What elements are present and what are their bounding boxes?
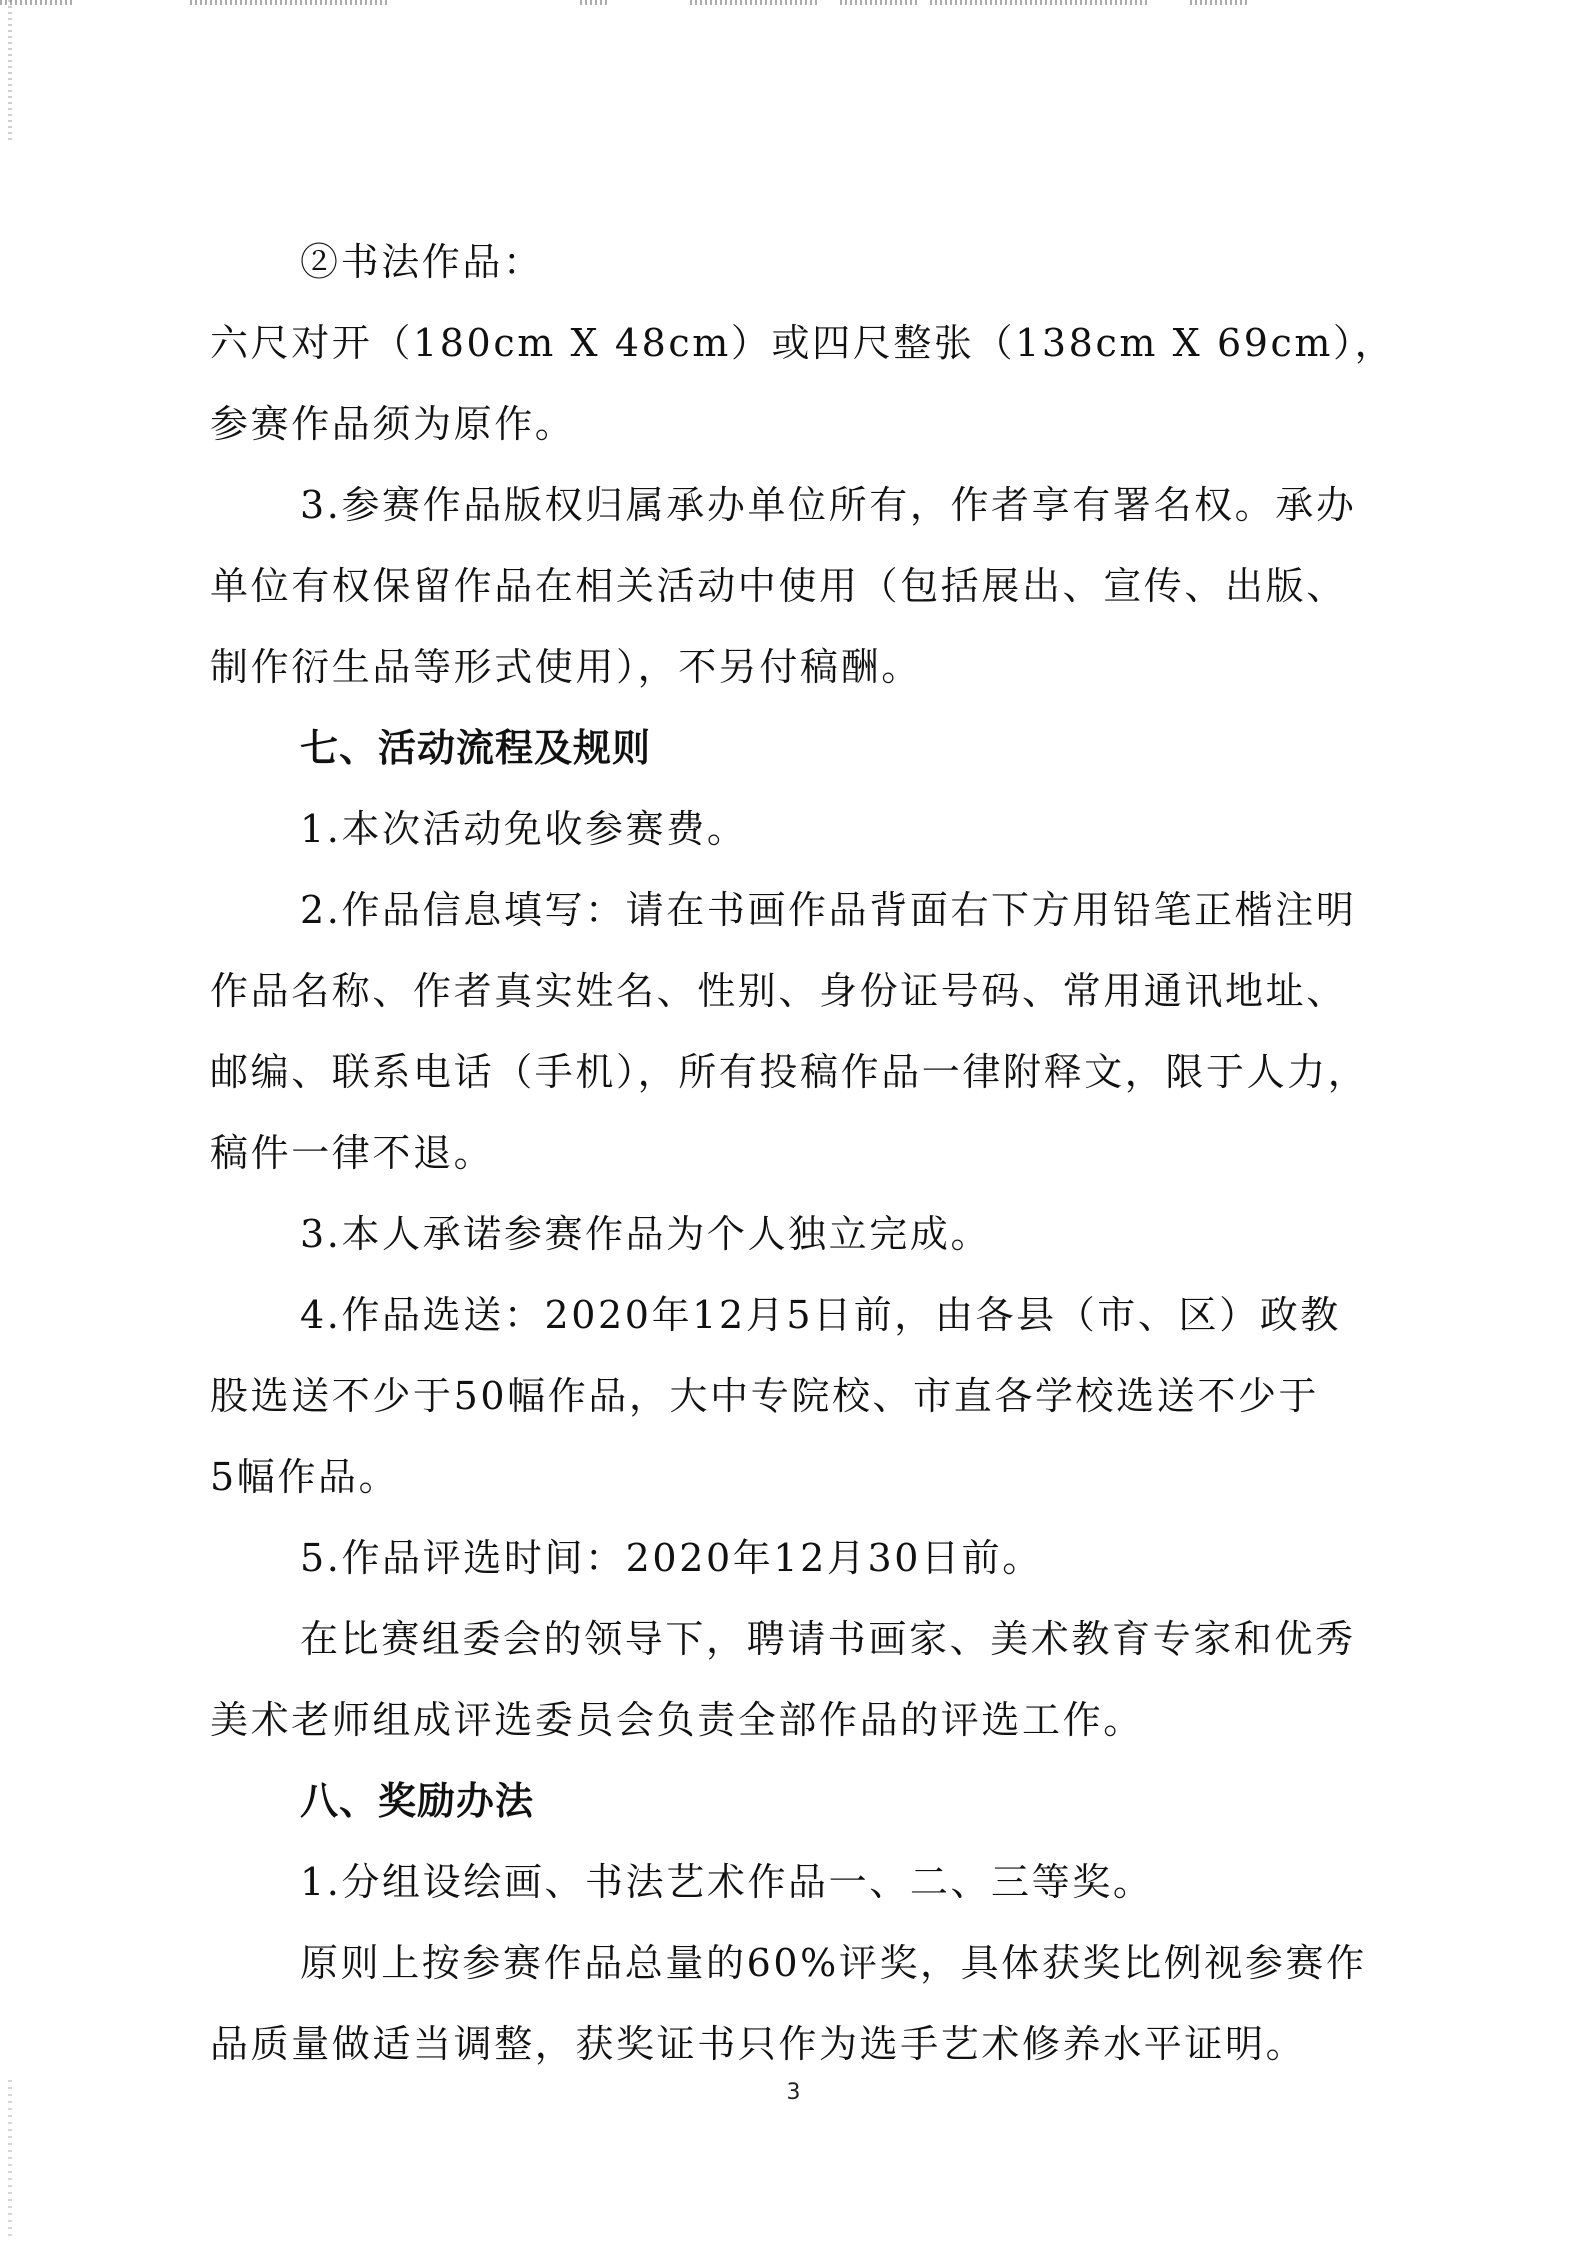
paragraph-award-1: 1.分组设绘画、书法艺术作品一、二、三等奖。	[210, 1842, 1360, 1923]
text-line: 股选送不少于50幅作品，大中专院校、市直各学校选送不少于	[120, 1356, 1360, 1437]
scan-artifact-top	[930, 0, 1150, 5]
paragraph-calligraphy-label: ②书法作品：	[210, 222, 1360, 303]
text-line: 3.本人承诺参赛作品为个人独立完成。	[210, 1194, 1360, 1275]
heading-text: 八、奖励办法	[210, 1761, 1360, 1842]
paragraph-rule-4: 4.作品选送：2020年12月5日前，由各县（市、区）政教 股选送不少于50幅作…	[210, 1275, 1360, 1518]
text-line: 邮编、联系电话（手机），所有投稿作品一律附释文，限于人力，	[120, 1032, 1360, 1113]
text-line: ②书法作品：	[210, 222, 1360, 303]
text-line: 在比赛组委会的领导下，聘请书画家、美术教育专家和优秀	[210, 1599, 1360, 1680]
text-line: 制作衍生品等形式使用），不另付稿酬。	[120, 627, 1360, 708]
scan-artifact-top	[840, 0, 920, 5]
paragraph-copyright: 3.参赛作品版权归属承办单位所有，作者享有署名权。承办 单位有权保留作品在相关活…	[210, 465, 1360, 708]
paragraph-judging-committee: 在比赛组委会的领导下，聘请书画家、美术教育专家和优秀 美术老师组成评选委员会负责…	[210, 1599, 1360, 1761]
scan-artifact-top	[580, 0, 610, 5]
text-line: 1.分组设绘画、书法艺术作品一、二、三等奖。	[210, 1842, 1360, 1923]
paragraph-rule-1: 1.本次活动免收参赛费。	[210, 789, 1360, 870]
paragraph-rule-5: 5.作品评选时间：2020年12月30日前。	[210, 1518, 1360, 1599]
section-heading-7: 七、活动流程及规则	[210, 708, 1360, 789]
text-line: 1.本次活动免收参赛费。	[210, 789, 1360, 870]
scan-artifact-top	[0, 0, 75, 5]
scan-artifact-left-top	[8, 0, 12, 140]
paragraph-rule-3: 3.本人承诺参赛作品为个人独立完成。	[210, 1194, 1360, 1275]
text-line: 5幅作品。	[120, 1437, 1360, 1518]
heading-text: 七、活动流程及规则	[210, 708, 1360, 789]
scan-artifact-top	[690, 0, 820, 5]
text-line: 品质量做适当调整，获奖证书只作为选手艺术修养水平证明。	[120, 2004, 1360, 2085]
paragraph-award-ratio: 原则上按参赛作品总量的60%评奖，具体获奖比例视参赛作 品质量做适当调整，获奖证…	[210, 1923, 1360, 2085]
text-line: 原则上按参赛作品总量的60%评奖，具体获奖比例视参赛作	[210, 1923, 1360, 2004]
text-line: 3.参赛作品版权归属承办单位所有，作者享有署名权。承办	[210, 465, 1360, 546]
text-line: 4.作品选送：2020年12月5日前，由各县（市、区）政教	[210, 1275, 1360, 1356]
text-line: 作品名称、作者真实姓名、性别、身份证号码、常用通讯地址、	[120, 951, 1360, 1032]
paragraph-calligraphy-size: 六尺对开（180cm X 48cm）或四尺整张（138cm X 69cm）， 参…	[210, 303, 1360, 465]
document-page: ②书法作品： 六尺对开（180cm X 48cm）或四尺整张（138cm X 6…	[210, 222, 1360, 2085]
text-line: 单位有权保留作品在相关活动中使用（包括展出、宣传、出版、	[120, 546, 1360, 627]
text-line: 2.作品信息填写：请在书画作品背面右下方用铅笔正楷注明	[210, 870, 1360, 951]
text-line: 参赛作品须为原作。	[120, 384, 1360, 465]
page-number: 3	[0, 2080, 1587, 2105]
section-heading-8: 八、奖励办法	[210, 1761, 1360, 1842]
scan-artifact-top	[190, 0, 390, 5]
text-line: 稿件一律不退。	[120, 1113, 1360, 1194]
scan-artifact-top	[1190, 0, 1250, 5]
text-line: 美术老师组成评选委员会负责全部作品的评选工作。	[120, 1680, 1360, 1761]
text-line: 六尺对开（180cm X 48cm）或四尺整张（138cm X 69cm），	[120, 303, 1360, 384]
text-line: 5.作品评选时间：2020年12月30日前。	[210, 1518, 1360, 1599]
paragraph-rule-2: 2.作品信息填写：请在书画作品背面右下方用铅笔正楷注明 作品名称、作者真实姓名、…	[210, 870, 1360, 1194]
